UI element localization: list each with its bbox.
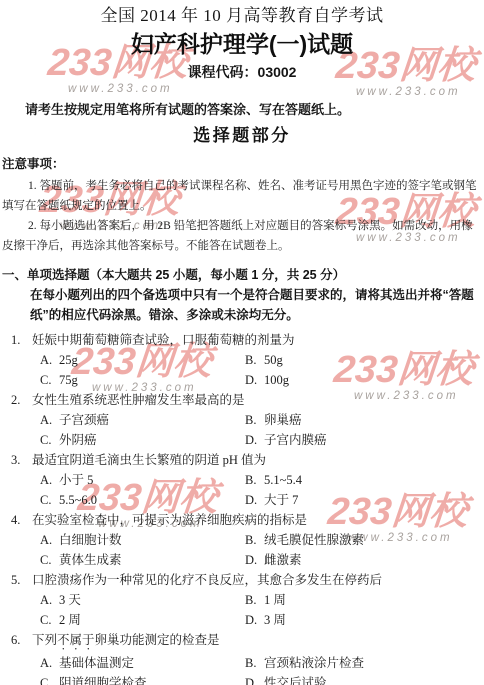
option-label: B. [245,590,264,610]
question: 2.女性生殖系统恶性肿瘤发生率最高的是 A.子宫颈癌 B.卵巢癌 C.外阴癌 D… [0,390,484,450]
question-text: 口腔溃疡作为一种常见的化疗不良反应，其愈合多发生在停药后 [32,573,382,587]
option: D.雌激素 [245,550,302,570]
question-stem: 6.下列不属于卵巢功能测定的检查是 [0,630,484,653]
option-text: 基础体温测定 [59,656,134,670]
section-title: 选择题部分 [0,126,484,146]
option: B.50g [245,350,283,370]
option-label: B. [245,350,264,370]
question-number: 1. [11,330,32,350]
option: C.阴道细胞学检查 [40,673,245,685]
option-label: A. [40,410,59,430]
option-label: A. [40,530,59,550]
option-text: 大于 7 [264,493,298,507]
option-row: C.黄体生成素 D.雌激素 [0,550,484,570]
option: A.子宫颈癌 [40,410,245,430]
part-one-subheading-line: 纸”的相应代码涂黑。错涂、多涂或未涂均无分。 [30,305,484,325]
option-text: 阴道细胞学检查 [59,676,147,685]
option-label: D. [245,370,264,390]
option-label: A. [40,350,59,370]
option: C.2 周 [40,610,245,630]
option-text: 1 周 [264,593,286,607]
question: 3.最适宜阴道毛滴虫生长繁殖的阴道 pH 值为 A.小于 5 B.5.1~5.4… [0,450,484,510]
option-label: D. [245,550,264,570]
question-stem: 5.口腔溃疡作为一种常见的化疗不良反应，其愈合多发生在停药后 [0,570,484,590]
question-number: 4. [11,510,32,530]
option-text: 100g [264,373,289,387]
option: A.3 天 [40,590,245,610]
option-label: D. [245,430,264,450]
notice-item-line: 2. 每小题选出答案后，用 2B 铅笔把答题纸上对应题目的答案标号涂黑。如需改动… [2,216,484,236]
question-number: 2. [11,390,32,410]
option-row: C.外阴癌 D.子宫内膜癌 [0,430,484,450]
question-text: 最适宜阴道毛滴虫生长繁殖的阴道 pH 值为 [32,453,266,467]
option-text: 50g [264,353,283,367]
option-row: A.白细胞计数 B.绒毛膜促性腺激素 [0,530,484,550]
question-stem: 1.妊娠中期葡萄糖筛查试验，口服葡萄糖的剂量为 [0,330,484,350]
question: 5.口腔溃疡作为一种常见的化疗不良反应，其愈合多发生在停药后 A.3 天 B.1… [0,570,484,630]
option-text: 雌激素 [264,553,302,567]
question: 6.下列不属于卵巢功能测定的检查是 A.基础体温测定 B.宫颈粘液涂片检查 C.… [0,630,484,685]
question-text: 下列不属于卵巢功能测定的检查是 [32,633,220,647]
option: B.5.1~5.4 [245,470,302,490]
option: D.大于 7 [245,490,298,510]
part-one-header: 一、单项选择题（本大题共 25 小题，每小题 1 分，共 25 分） 在每小题列… [0,265,484,325]
page-title: 妇产科护理学(一)试题 [0,30,484,58]
part-one-subheading-line: 在每小题列出的四个备选项中只有一个是符合题目要求的，请将其选出并将“答题 [30,285,484,305]
option: B.卵巢癌 [245,410,302,430]
option-text: 绒毛膜促性腺激素 [264,533,364,547]
question: 1.妊娠中期葡萄糖筛查试验，口服葡萄糖的剂量为 A.25g B.50g C.75… [0,330,484,390]
option: A.小于 5 [40,470,245,490]
option-row: A.25g B.50g [0,350,484,370]
option: A.25g [40,350,245,370]
option-row: C.2 周 D.3 周 [0,610,484,630]
exam-paper-page: 233网校 www.233.com 233网校 www.233.com 233网… [0,0,484,685]
option-text: 5.1~5.4 [264,473,302,487]
option-text: 3 天 [59,593,81,607]
option: B.绒毛膜促性腺激素 [245,530,364,550]
option-text: 2 周 [59,613,81,627]
question-list: 1.妊娠中期葡萄糖筛查试验，口服葡萄糖的剂量为 A.25g B.50g C.75… [0,330,484,685]
question-number: 6. [11,630,32,650]
notice-item-line: 皮擦干净后，再选涂其他答案标号。不能答在试题卷上。 [2,236,484,256]
question-number: 5. [11,570,32,590]
question-text-emphasized: 不属于 [57,633,95,647]
option: B.宫颈粘液涂片检查 [245,653,364,673]
option-label: C. [40,430,59,450]
option-text: 子宫颈癌 [59,413,109,427]
option-text: 性交后试验 [264,676,327,685]
option-label: C. [40,490,59,510]
option-text: 宫颈粘液涂片检查 [264,656,364,670]
option: C.黄体生成素 [40,550,245,570]
question-stem: 3.最适宜阴道毛滴虫生长繁殖的阴道 pH 值为 [0,450,484,470]
question-text-part: 卵巢功能测定的检查是 [95,633,220,647]
option-label: A. [40,590,59,610]
question-text: 女性生殖系统恶性肿瘤发生率最高的是 [32,393,245,407]
option-row: A.子宫颈癌 B.卵巢癌 [0,410,484,430]
option-label: A. [40,470,59,490]
option-row: A.小于 5 B.5.1~5.4 [0,470,484,490]
option-row: A.3 天 B.1 周 [0,590,484,610]
option-label: D. [245,490,264,510]
option-label: D. [245,673,264,685]
option-text: 3 周 [264,613,286,627]
question-text: 妊娠中期葡萄糖筛查试验，口服葡萄糖的剂量为 [32,333,295,347]
option: A.基础体温测定 [40,653,245,673]
option: A.白细胞计数 [40,530,245,550]
option-label: B. [245,530,264,550]
option: C.外阴癌 [40,430,245,450]
option-row: A.基础体温测定 B.宫颈粘液涂片检查 [0,653,484,673]
answer-sheet-instruction: 请考生按规定用笔将所有试题的答案涂、写在答题纸上。 [25,103,484,117]
option: D.3 周 [245,610,286,630]
course-code: 课程代码：03002 [0,64,484,81]
option: D.性交后试验 [245,673,327,685]
option-text: 25g [59,353,78,367]
option-label: C. [40,610,59,630]
question: 4.在实验室检查中，可提示为滋养细胞疾病的指标是 A.白细胞计数 B.绒毛膜促性… [0,510,484,570]
option-text: 小于 5 [59,473,93,487]
option-text: 5.5~6.0 [59,493,97,507]
question-text: 在实验室检查中，可提示为滋养细胞疾病的指标是 [32,513,307,527]
option-row: C.阴道细胞学检查 D.性交后试验 [0,673,484,685]
option-label: B. [245,470,264,490]
option: D.100g [245,370,289,390]
notice-list: 1. 答题前，考生务必将自己的考试课程名称、姓名、准考证号用黑色字迹的签字笔或钢… [0,176,484,256]
option-label: B. [245,653,264,673]
option-label: B. [245,410,264,430]
option-label: C. [40,673,59,685]
option-row: C.75g D.100g [0,370,484,390]
question-stem: 4.在实验室检查中，可提示为滋养细胞疾病的指标是 [0,510,484,530]
option-text: 卵巢癌 [264,413,302,427]
option-text: 75g [59,373,78,387]
option-label: C. [40,550,59,570]
option-label: C. [40,370,59,390]
option: C.75g [40,370,245,390]
option-text: 外阴癌 [59,433,97,447]
option: C.5.5~6.0 [40,490,245,510]
exam-session-line: 全国 2014 年 10 月高等教育自学考试 [0,6,484,26]
course-code-value: 03002 [258,64,297,80]
option: D.子宫内膜癌 [245,430,327,450]
option-row: C.5.5~6.0 D.大于 7 [0,490,484,510]
option-label: D. [245,610,264,630]
notice-heading: 注意事项： [2,157,484,171]
option: B.1 周 [245,590,286,610]
course-code-label: 课程代码： [188,64,258,80]
option-text: 子宫内膜癌 [264,433,327,447]
option-text: 黄体生成素 [59,553,122,567]
option-text: 白细胞计数 [59,533,122,547]
option-label: A. [40,653,59,673]
notice-item-line: 填写在答题纸规定的位置上。 [2,196,484,216]
question-stem: 2.女性生殖系统恶性肿瘤发生率最高的是 [0,390,484,410]
question-number: 3. [11,450,32,470]
question-text-part: 下列 [32,633,57,647]
part-one-heading: 一、单项选择题（本大题共 25 小题，每小题 1 分，共 25 分） [2,265,484,285]
notice-item-line: 1. 答题前，考生务必将自己的考试课程名称、姓名、准考证号用黑色字迹的签字笔或钢… [2,176,484,196]
